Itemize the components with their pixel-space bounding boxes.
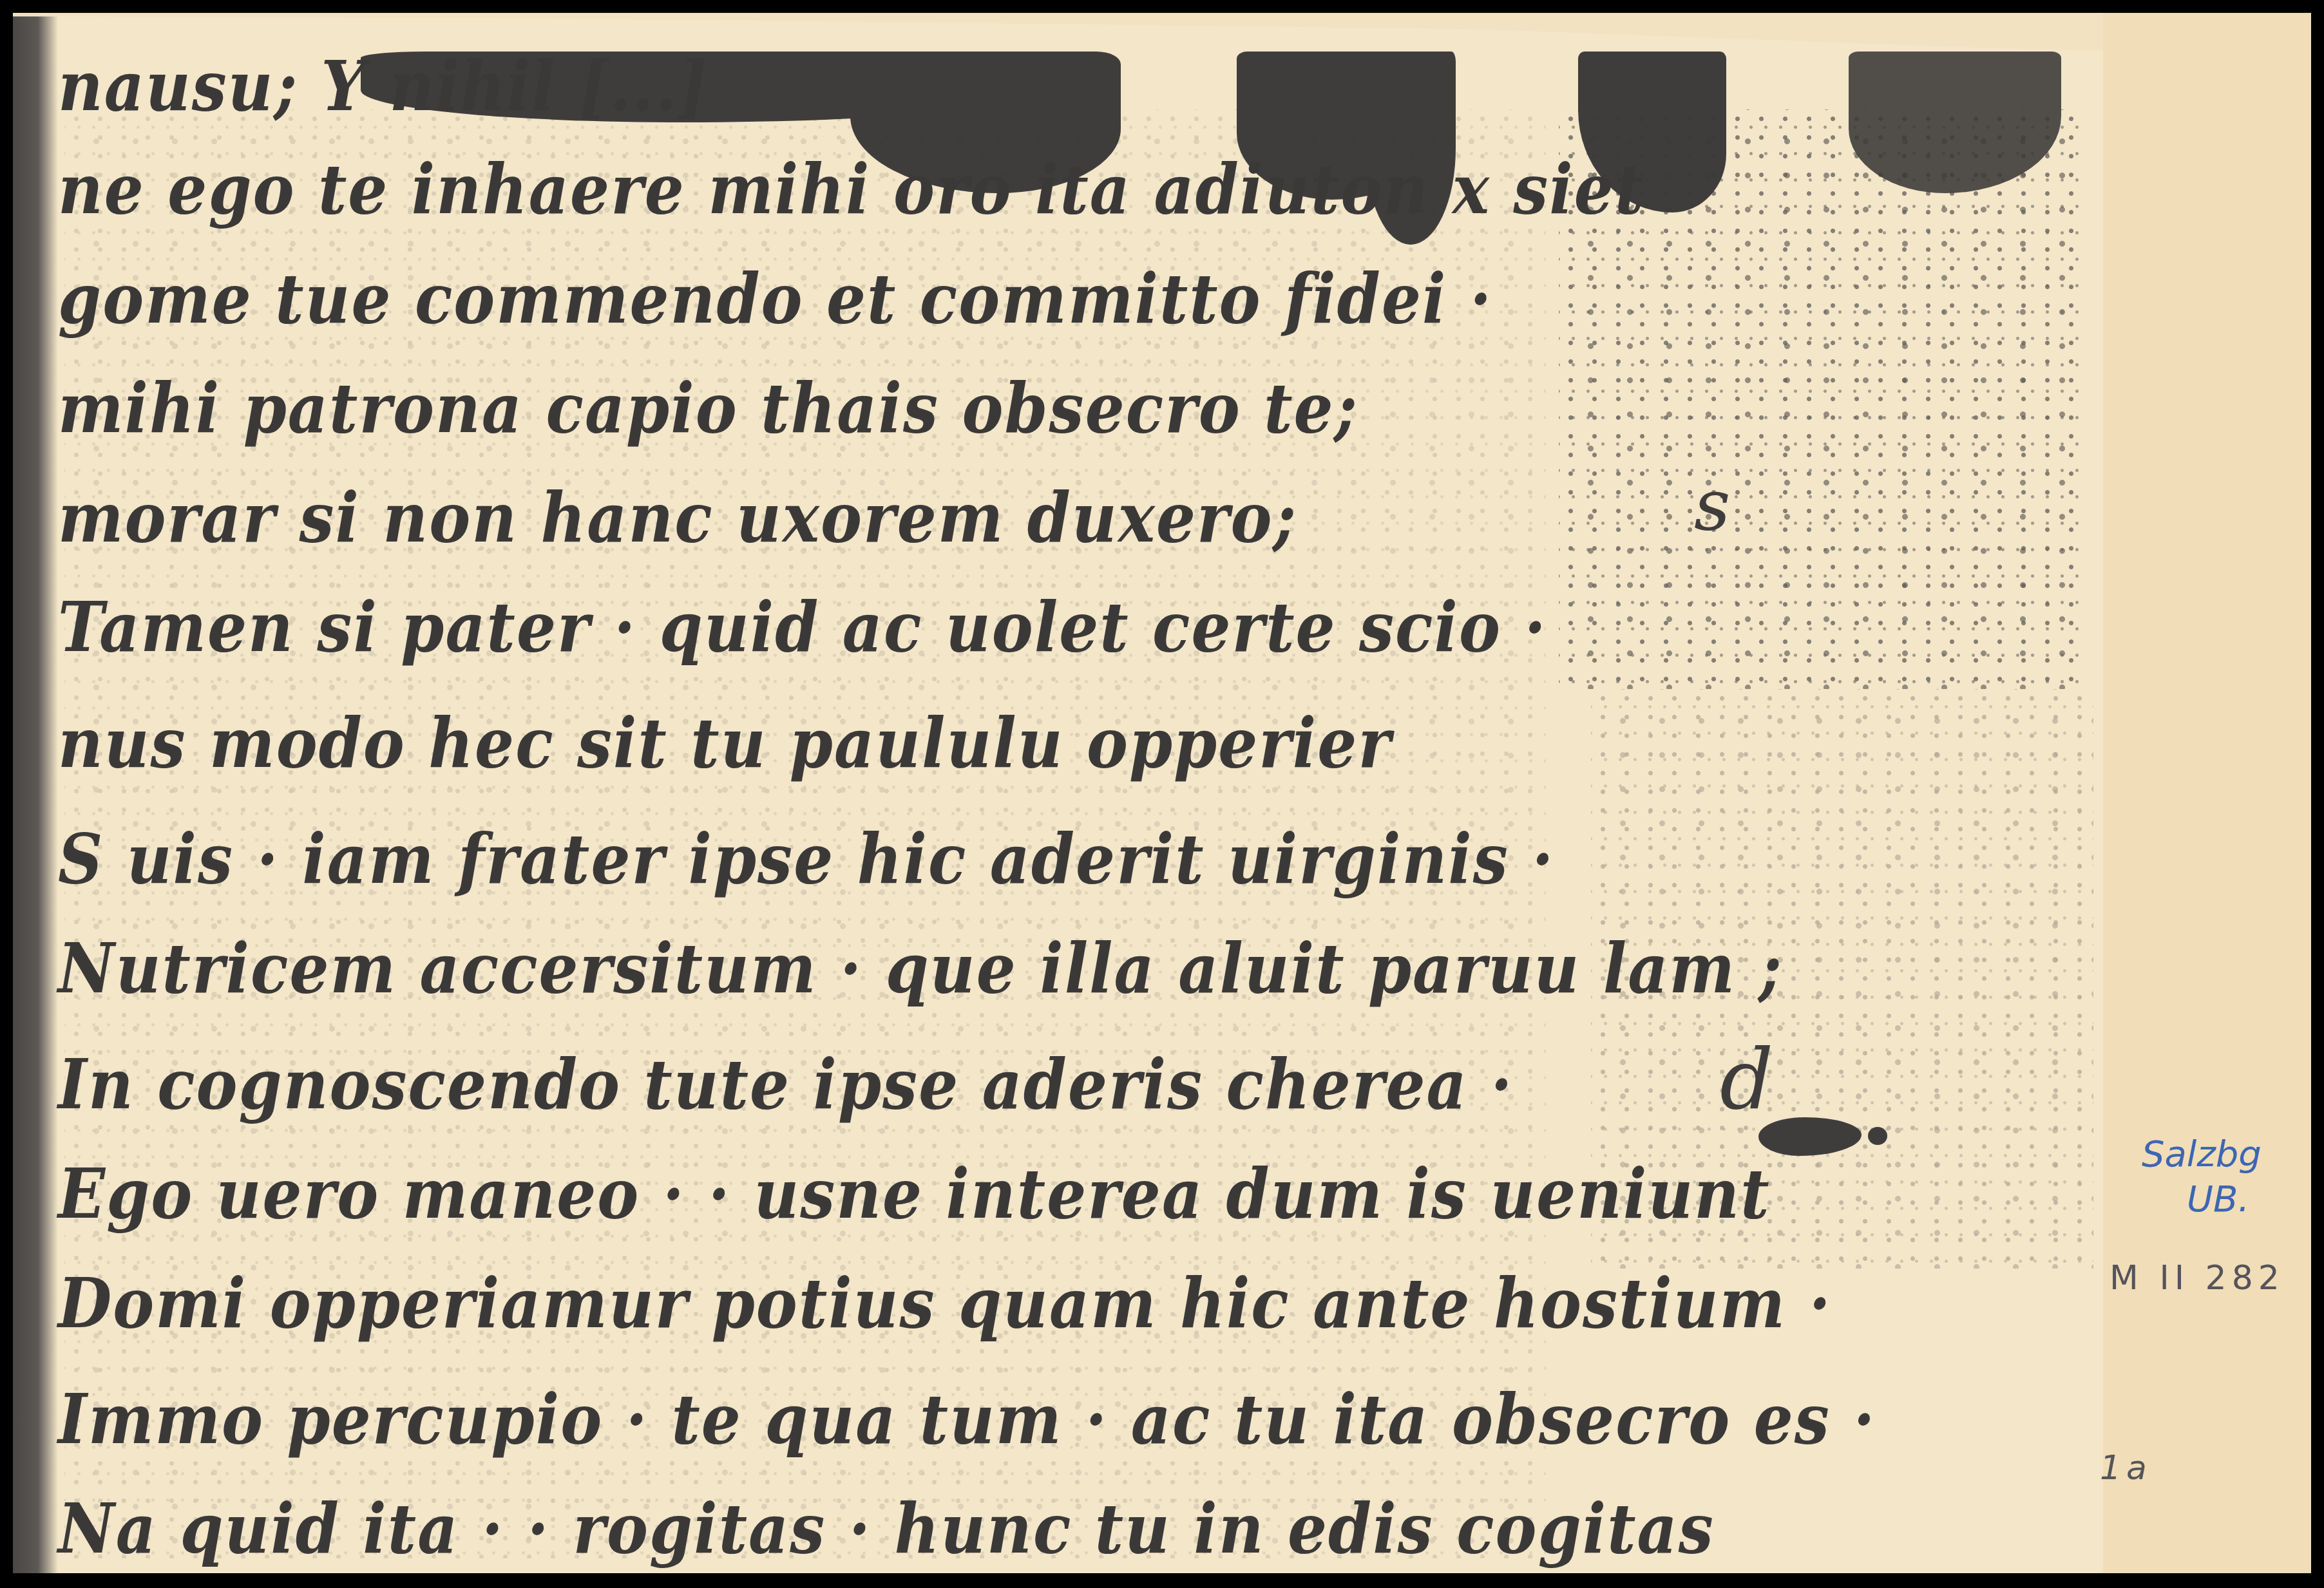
text-line-3: gome tue commendo et committo fidei · [58, 264, 1492, 334]
text-line-1: nausu; Y nihil [...] [58, 52, 709, 121]
text-line-9: Nutricem accersitum · que illa aluit par… [58, 934, 1783, 1003]
binding-shadow [13, 13, 58, 1573]
library-annotation-line1: Salzbg [2142, 1133, 2262, 1175]
paper-sheet: nausu; Y nihil [...] ne ego te inhaere m… [13, 13, 2311, 1573]
margin-d-mark: d [1720, 1030, 1773, 1128]
folio-annotation: 1a [2100, 1449, 2152, 1488]
text-line-7: nus modo hec sit tu paululu opperier [58, 708, 1392, 778]
text-line-5: morar si non hanc uxorem duxero; [58, 483, 1297, 553]
text-line-2: ne ego te inhaere mihi oro ita adiuton x… [58, 155, 1644, 224]
text-line-14: Na quid ita · · rogitas · hunc tu in edi… [58, 1494, 1715, 1564]
text-line-13: Immo percupio · te qua tum · ac tu ita o… [58, 1385, 1876, 1454]
ink-blot [1868, 1127, 1887, 1145]
text-line-10: In cognoscendo tute ipse aderis cherea · [58, 1050, 1514, 1119]
text-line-11: Ego uero maneo · · usne interea dum is u… [58, 1159, 1771, 1229]
text-line-8: S uis · iam frater ipse hic aderit uirgi… [58, 824, 1555, 894]
text-line-12: Domi opperiamur potius quam hic ante hos… [58, 1269, 1832, 1338]
text-line-6: Tamen si pater · quid ac uolet certe sci… [58, 592, 1547, 662]
manuscript-photostat: nausu; Y nihil [...] ne ego te inhaere m… [13, 13, 2103, 1573]
shelfmark-annotation: M II 282 [2110, 1259, 2285, 1298]
margin-s-mark: s [1694, 464, 1730, 546]
text-line-4: mihi patrona capio thais obsecro te; [58, 373, 1358, 443]
library-annotation-line2: UB. [2187, 1178, 2249, 1220]
